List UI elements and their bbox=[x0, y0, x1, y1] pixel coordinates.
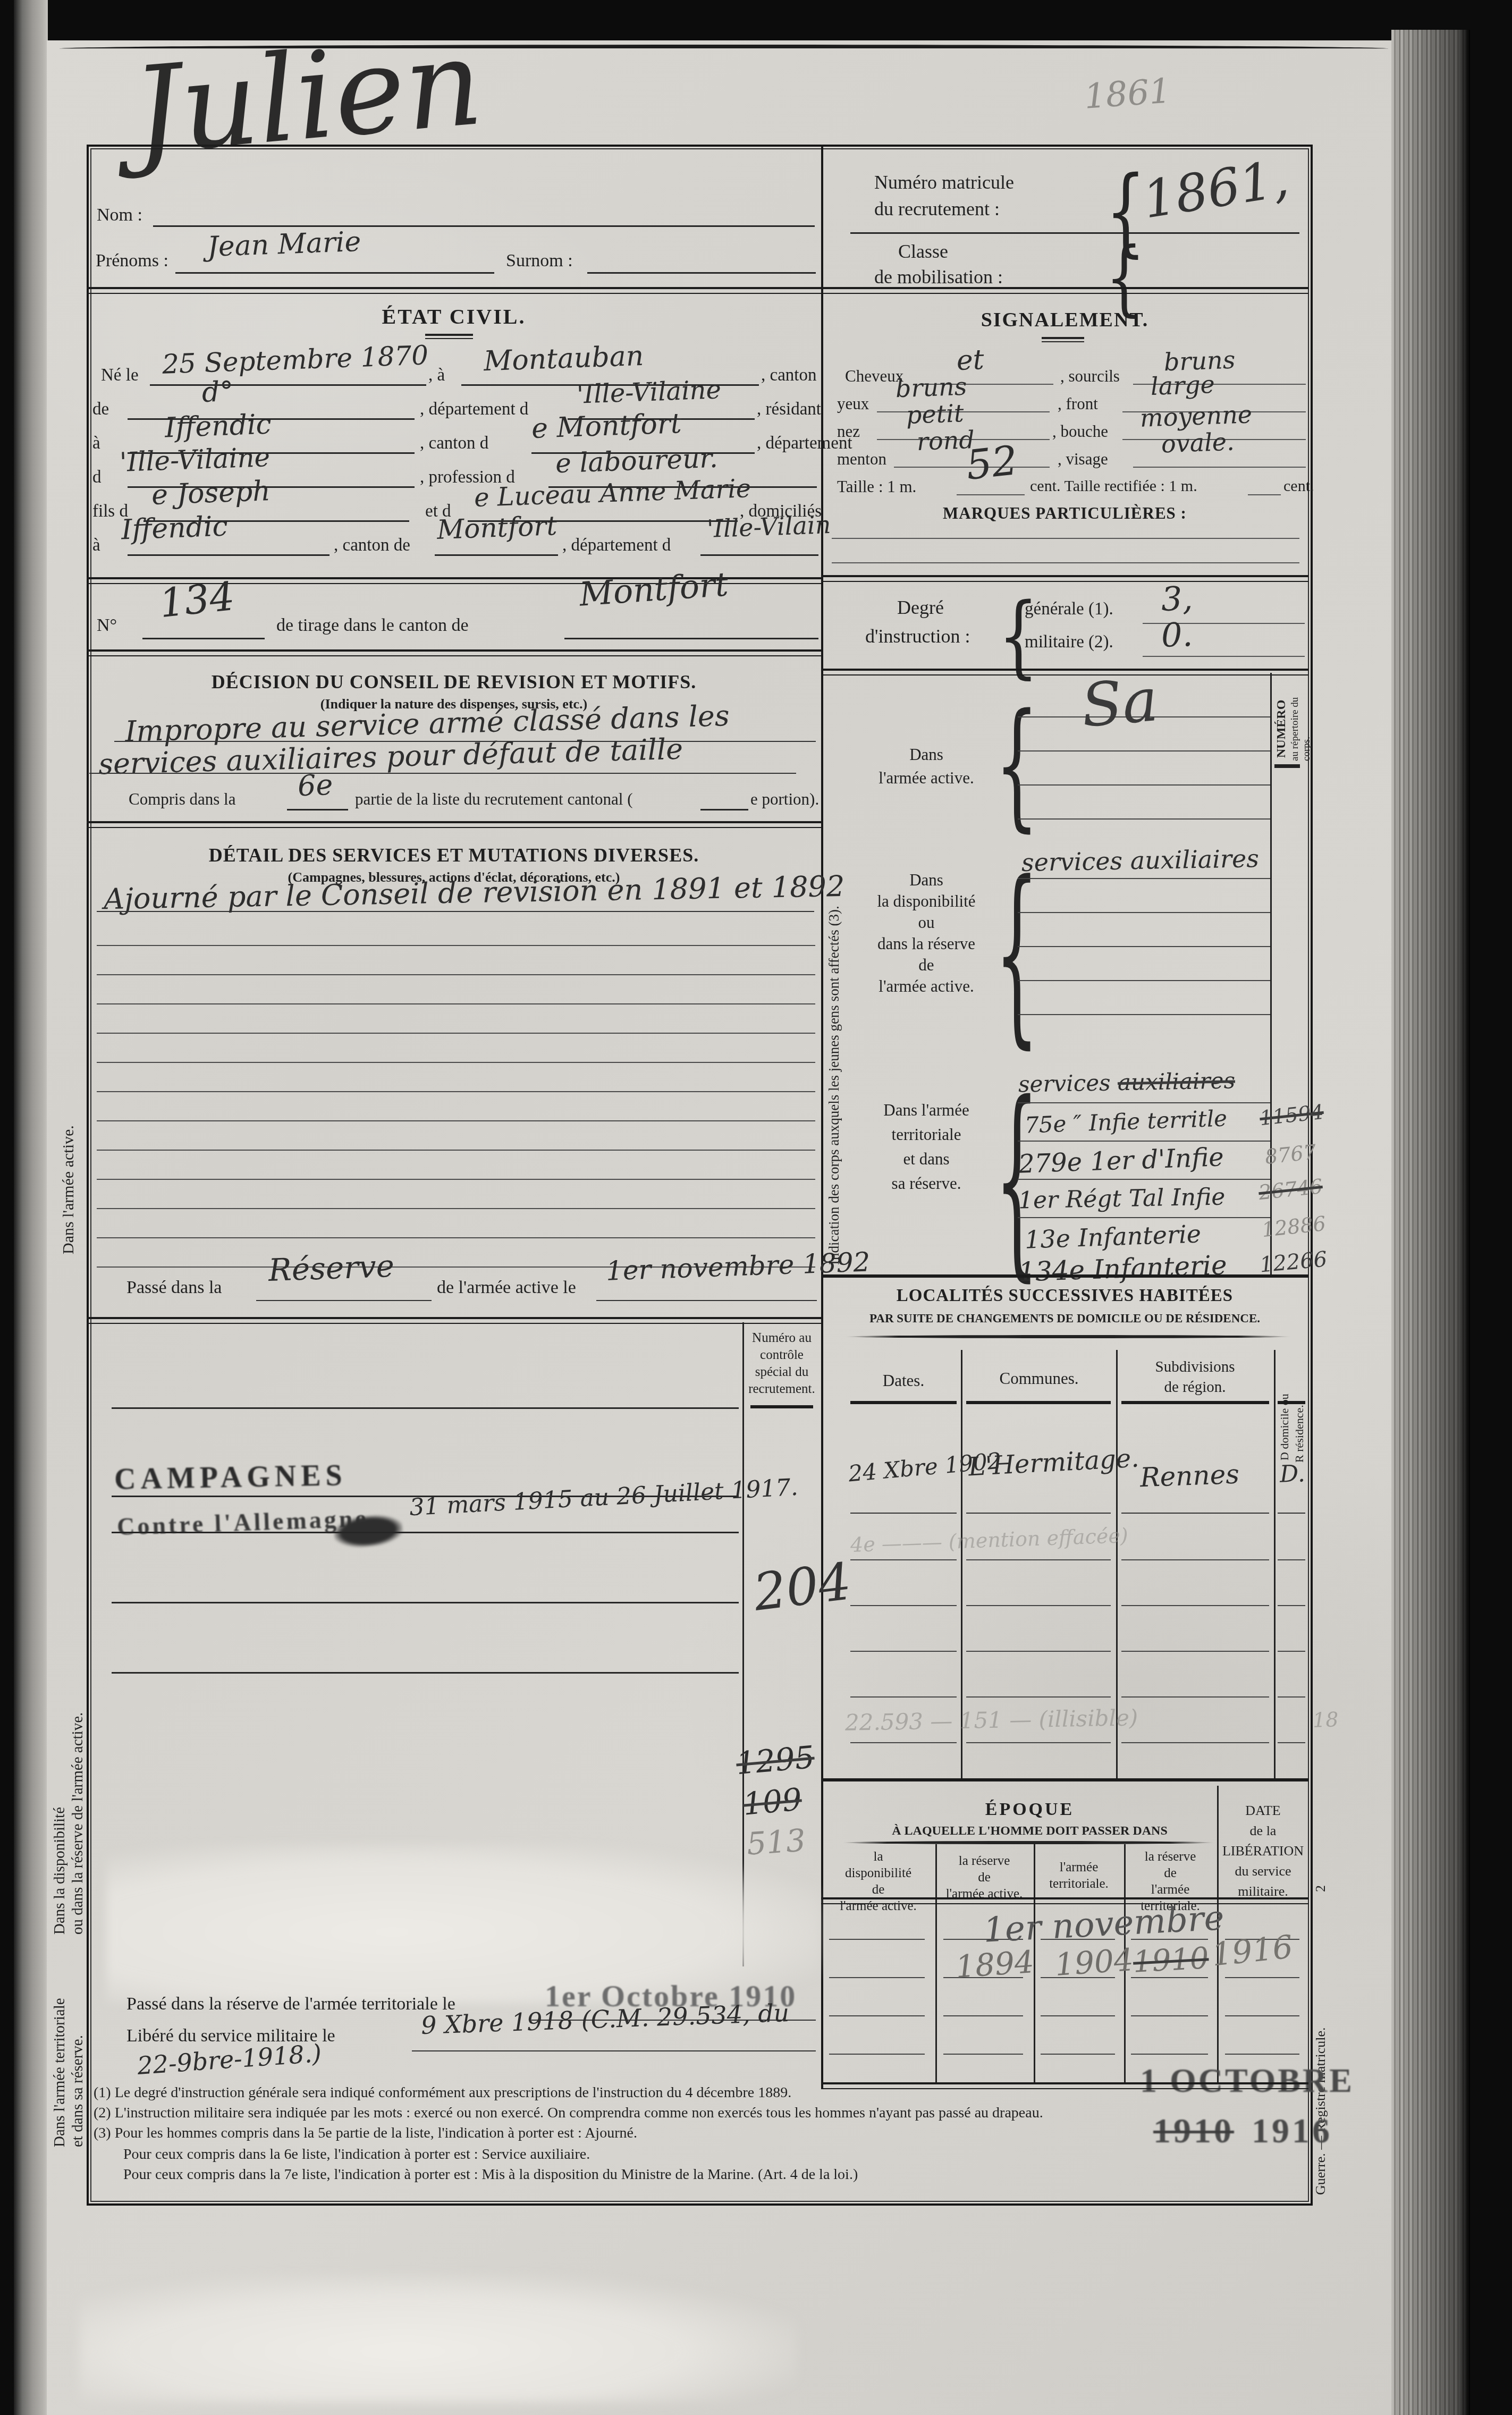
compris-label-2: partie de la liste du recrutement canton… bbox=[355, 790, 632, 809]
side-label-territoriale-1: Dans l'armée territoriale bbox=[51, 1850, 69, 2147]
residence-value: Iffendic bbox=[164, 409, 272, 444]
rule bbox=[832, 562, 1299, 563]
divider bbox=[821, 2082, 1308, 2089]
rule bbox=[89, 773, 796, 774]
bouche-value: moyenne bbox=[1139, 400, 1253, 432]
canton3-value: Montfort bbox=[436, 510, 558, 545]
footnote-3: (3) Pour les hommes compris dans la 5e p… bbox=[94, 2125, 637, 2142]
localites-col-dr-2: R résidence. bbox=[1293, 1356, 1306, 1463]
rule bbox=[412, 2050, 816, 2051]
rule bbox=[287, 809, 348, 810]
cell-top bbox=[1278, 1401, 1305, 1404]
front-value: large bbox=[1150, 370, 1215, 401]
taille-rectifiee-label: cent. Taille rectifiée : 1 m. bbox=[1030, 477, 1197, 495]
epoque-value-reserve-terr-struck: 1910 bbox=[1132, 1941, 1210, 1979]
nez-label: nez bbox=[837, 422, 860, 441]
departement1-label: , département d bbox=[420, 400, 528, 419]
taille-label: Taille : 1 m. bbox=[837, 477, 916, 496]
rule bbox=[97, 911, 814, 912]
rule bbox=[1121, 1513, 1269, 1514]
rule bbox=[750, 1405, 813, 1408]
rule bbox=[112, 1672, 739, 1674]
localites-col-subdiv-1: Subdivisions bbox=[1119, 1358, 1271, 1376]
passe-territoriale-label: Passé dans la réserve de l'armée territo… bbox=[126, 1994, 455, 2014]
rule bbox=[850, 1513, 957, 1514]
divider bbox=[821, 575, 1308, 582]
rule bbox=[142, 638, 265, 639]
epoque-col3-header: l'armée territoriale. bbox=[1035, 1859, 1122, 1892]
book-fore-edge bbox=[1391, 30, 1470, 2415]
swelled-rule bbox=[845, 1335, 1291, 1338]
divider bbox=[87, 821, 821, 828]
rule bbox=[112, 1602, 739, 1603]
numero-special-header: Numéro au contrôle spécial du recrutemen… bbox=[745, 1330, 818, 1398]
passe-reserve-value-1: Réserve bbox=[268, 1248, 395, 1288]
matricule-rule bbox=[850, 232, 1299, 234]
compris-label-1: Compris dans la bbox=[129, 790, 236, 809]
ruled-lines bbox=[1121, 1515, 1269, 1744]
generale-value: 3, bbox=[1161, 579, 1194, 619]
epoque-value-territoriale: 1904 bbox=[1054, 1941, 1135, 1983]
margin-pencil-number: 18 bbox=[1312, 1708, 1339, 1732]
rule bbox=[564, 638, 818, 639]
ruled-lines bbox=[1225, 1902, 1299, 2058]
rule bbox=[435, 554, 558, 556]
corps-dispo-label: Dans la disponibilité ou dans la réserve… bbox=[857, 869, 996, 997]
corps-terr-row-3: 1er Régt Tal Infie bbox=[1018, 1184, 1226, 1214]
epoque-date-header: DATE de la LIBÉRATION du service militai… bbox=[1220, 1801, 1306, 1902]
taille-cent-label: cent. bbox=[1283, 477, 1314, 495]
tick bbox=[1274, 764, 1300, 768]
rule bbox=[1278, 1513, 1305, 1514]
rule bbox=[128, 554, 330, 556]
canton2-label: , canton d bbox=[420, 434, 488, 453]
departement2-value: 'Ille-Vilaine bbox=[119, 442, 271, 478]
divider bbox=[821, 1274, 1308, 1278]
matricule-label-2: du recrutement : bbox=[874, 198, 1000, 220]
corps-terr-row-0: services auxiliaires bbox=[1018, 1067, 1236, 1097]
footnote-1: (1) Le degré d'instruction générale sera… bbox=[94, 2084, 791, 2101]
divider bbox=[87, 1317, 821, 1324]
passe-reserve-label-1: Passé dans la bbox=[126, 1278, 222, 1298]
edge-imprint-label: Guerre. — Registre matricule. bbox=[1313, 1908, 1329, 2195]
tirage-numero: 134 bbox=[157, 573, 236, 627]
birth-commune-value: Montauban bbox=[483, 340, 644, 377]
d-label: d bbox=[92, 468, 102, 487]
campagnes-title-stamp: CAMPAGNES bbox=[114, 1458, 347, 1497]
side-label-armee-active: Dans l'armée active. bbox=[60, 903, 78, 1254]
side-label-disponibilite-1: Dans la disponibilité bbox=[51, 1361, 69, 1935]
localites-row1-dr: D. bbox=[1279, 1460, 1305, 1488]
militaire-value: 0. bbox=[1161, 615, 1194, 655]
footnote-5: Pour ceux compris dans la 7e liste, l'in… bbox=[123, 2166, 858, 2183]
localites-title: LOCALITÉS SUCCESSIVES HABITÉES bbox=[821, 1286, 1308, 1306]
side-label-territoriale-2: et dans sa réserve. bbox=[69, 1860, 87, 2147]
signalement-title: SIGNALEMENT. bbox=[821, 308, 1308, 332]
degre-label-1: Degré bbox=[897, 596, 944, 619]
etat-civil-title-underline bbox=[425, 334, 473, 339]
de-label: de bbox=[92, 400, 109, 419]
paper-damage-bottom bbox=[80, 2275, 797, 2402]
surnom-label: Surnom : bbox=[506, 251, 573, 271]
numero-special-crossed-1: 1295 bbox=[734, 1739, 816, 1782]
surnom-line bbox=[587, 272, 816, 274]
departement1-value: 'Ille-Vilaine bbox=[576, 375, 722, 409]
nom-line bbox=[153, 225, 815, 227]
birth-canton-value: d° bbox=[201, 376, 234, 409]
signalement-title-underline bbox=[1042, 337, 1084, 342]
a-label: , à bbox=[428, 366, 445, 385]
father-value: e Joseph bbox=[151, 475, 271, 511]
rule bbox=[112, 1532, 739, 1533]
liberation-stamp-month: 1 OCTOBRE bbox=[1140, 2061, 1354, 2100]
classe-label-2: de mobilisation : bbox=[874, 266, 1003, 288]
cell-top bbox=[850, 1401, 957, 1404]
prenoms-label: Prénoms : bbox=[96, 251, 168, 271]
compris-label-3: e portion). bbox=[750, 790, 819, 809]
liberation-stamp-year-struck: 1910 bbox=[1153, 2111, 1234, 2151]
nez-value: petit bbox=[906, 399, 964, 429]
degre-label-2: d'instruction : bbox=[865, 625, 970, 647]
militaire-label: militaire (2). bbox=[1025, 632, 1113, 652]
tirage-text: de tirage dans le canton de bbox=[276, 615, 469, 636]
cell-top bbox=[1121, 1401, 1269, 1404]
rule bbox=[1143, 656, 1305, 657]
services-title: DÉTAIL DES SERVICES ET MUTATIONS DIVERSE… bbox=[87, 844, 821, 866]
ruled-lines bbox=[829, 1902, 925, 2058]
classe-label-1: Classe bbox=[898, 240, 948, 263]
scanned-register-page: 1861 Guerre. — Registre matricule. 2 Jul… bbox=[0, 0, 1512, 2415]
matricule-label-1: Numéro matricule bbox=[874, 171, 1014, 193]
numero-repertoire-header-1: NUMÉRO bbox=[1274, 678, 1289, 758]
sourcils-label: , sourcils bbox=[1060, 367, 1120, 386]
rule bbox=[112, 1407, 739, 1409]
localites-col-dates: Dates. bbox=[850, 1371, 957, 1390]
terr-row-text: services bbox=[1018, 1069, 1118, 1097]
cell-top bbox=[966, 1401, 1111, 1404]
epoque-col2-header: la réserve de l'armée active. bbox=[937, 1853, 1032, 1902]
rule bbox=[700, 554, 818, 556]
decision-title: DÉCISION DU CONSEIL DE REVISION ET MOTIF… bbox=[87, 671, 821, 693]
compris-partie: 6e bbox=[297, 768, 333, 803]
top-right-annotation: 1861 bbox=[1083, 71, 1172, 116]
a2-label: à bbox=[92, 434, 100, 453]
corps-dispo-value: services auxiliaires bbox=[1021, 844, 1260, 877]
canton2-value: e Montfort bbox=[531, 408, 682, 445]
divider bbox=[821, 1778, 1308, 1781]
departement3-label: , département d bbox=[562, 536, 671, 555]
blank-ruled-lines bbox=[97, 917, 815, 1269]
marques-label: MARQUES PARTICULIÈRES : bbox=[821, 504, 1308, 523]
yeux-label: yeux bbox=[837, 394, 869, 413]
header-bottom-rule-left bbox=[87, 287, 821, 294]
numero-repertoire-header-2: au répertoire du corps. bbox=[1289, 676, 1313, 761]
prenoms-value: Jean Marie bbox=[207, 226, 361, 263]
departement3-value: 'Ille-Vilain bbox=[706, 510, 831, 543]
swelled-rule bbox=[842, 1841, 1214, 1844]
footnote-4: Pour ceux compris dans la 6e liste, l'in… bbox=[123, 2146, 590, 2163]
passe-reserve-label-2: de l'armée active le bbox=[437, 1278, 576, 1298]
localites-subtitle: PAR SUITE DE CHANGEMENTS DE DOMICILE OU … bbox=[821, 1312, 1308, 1325]
a3-label: à bbox=[92, 536, 100, 555]
corps-side-label: Indication des corps auxquels les jeunes… bbox=[826, 686, 842, 1265]
col-line bbox=[1274, 1350, 1276, 1779]
domicile-value: Iffendic bbox=[121, 511, 229, 546]
rule bbox=[700, 809, 748, 810]
epoque-title: ÉPOQUE bbox=[842, 1800, 1217, 1820]
front-label: , front bbox=[1058, 394, 1098, 413]
left-page-edge bbox=[14, 0, 48, 2415]
localites-pencil-scribble: 22.593 — 151 — (illisible) bbox=[845, 1704, 1138, 1736]
tirage-no-label: N° bbox=[97, 615, 117, 636]
epoque-value-reserve-active: 1894 bbox=[954, 1944, 1035, 1985]
ruled-lines bbox=[1278, 1515, 1305, 1744]
rule bbox=[966, 1513, 1111, 1514]
rule bbox=[150, 384, 426, 386]
bouche-label: , bouche bbox=[1052, 422, 1108, 441]
edge-page-number: 2 bbox=[1313, 1871, 1329, 1892]
ne-le-label: Né le bbox=[101, 366, 139, 385]
corps-active-value: Sa bbox=[1079, 665, 1161, 741]
rule bbox=[1133, 467, 1306, 468]
epoque-subtitle: À LAQUELLE L'HOMME DOIT PASSER DANS bbox=[842, 1824, 1217, 1838]
header-bottom-rule-right bbox=[821, 287, 1308, 294]
localites-col-subdiv-2: de région. bbox=[1119, 1379, 1271, 1396]
canton3-label: , canton de bbox=[334, 536, 410, 555]
rule bbox=[1248, 494, 1281, 495]
numero-special-value: 204 bbox=[750, 1551, 855, 1622]
rule bbox=[957, 494, 1025, 495]
corps-active-label: Dans l'armée active. bbox=[857, 743, 996, 790]
localites-col-communes: Communes. bbox=[965, 1369, 1113, 1388]
divider bbox=[87, 649, 821, 656]
visage-value: ovale. bbox=[1161, 427, 1235, 459]
localites-row1-subdiv: Rennes bbox=[1139, 1459, 1240, 1493]
col-line bbox=[935, 1844, 937, 2083]
side-label-disponibilite-2: ou dans la réserve de l'armée active. bbox=[69, 1345, 87, 1935]
taille-value: 52 bbox=[964, 436, 1020, 489]
etat-civil-title: ÉTAT CIVIL. bbox=[87, 304, 821, 329]
residant-label: , résidant bbox=[757, 400, 821, 419]
liberation-stamp-year: 1916 bbox=[1252, 2111, 1332, 2151]
footnote-2: (2) L'instruction militaire sera indiqué… bbox=[94, 2105, 1043, 2122]
localites-col-dr-1: D domicile ou bbox=[1278, 1354, 1291, 1460]
rule bbox=[596, 1300, 817, 1301]
divider bbox=[821, 669, 1308, 675]
terr-row-struck: auxiliaires bbox=[1118, 1067, 1236, 1095]
prenoms-line bbox=[175, 272, 494, 274]
rule bbox=[256, 1300, 432, 1301]
generale-label: générale (1). bbox=[1025, 599, 1113, 619]
yeux-value: bruns bbox=[895, 372, 967, 403]
visage-label: , visage bbox=[1058, 450, 1108, 469]
corps-terr-row-4: 13e Infanterie bbox=[1024, 1219, 1202, 1254]
corps-terr-label: Dans l'armée territoriale et dans sa rés… bbox=[857, 1098, 996, 1196]
menton-label: menton bbox=[837, 450, 886, 469]
rule bbox=[832, 538, 1299, 539]
nom-label: Nom : bbox=[97, 205, 142, 225]
numero-special-crossed-2: 109 bbox=[741, 1781, 803, 1822]
profession-value: e laboureur. bbox=[555, 443, 718, 479]
canton-suffix: , canton bbox=[761, 366, 816, 385]
